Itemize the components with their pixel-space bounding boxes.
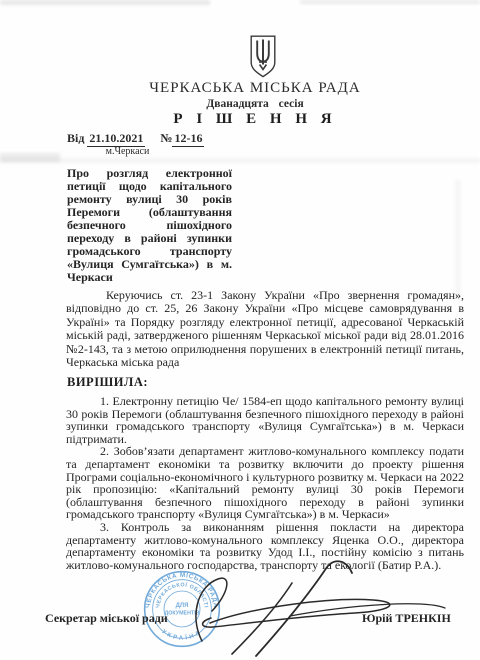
scan-noise <box>300 0 480 4</box>
city-label: м.Черкаси <box>90 146 165 157</box>
scan-noise <box>0 0 210 5</box>
scan-noise <box>455 180 461 300</box>
resolved-heading: ВИРІШИЛА: <box>67 375 148 390</box>
organization-title: ЧЕРКАСЬКА МІСЬКА РАДА <box>0 80 480 97</box>
document-type-title: Р І Ш Е Н Н Я <box>0 111 480 128</box>
ukraine-trident-coat-of-arms-icon <box>249 35 277 78</box>
handwritten-signature <box>140 545 465 660</box>
scan-noise <box>0 153 60 162</box>
subject-paragraph: Про розгляд електронної петиції щодо кап… <box>67 167 232 284</box>
session-title: Дванадцята сесія <box>0 98 480 110</box>
number-sign: № <box>160 131 172 145</box>
date-number-line: Від 21.10.2021 №12-16 <box>67 131 204 146</box>
document-number: 12-16 <box>172 131 204 147</box>
preamble-paragraph: Керуючись ст. 23-1 Закону України «Про з… <box>66 289 464 369</box>
document-page: ЧЕРКАСЬКА МІСЬКА РАДА Дванадцята сесія Р… <box>0 0 480 660</box>
resolution-item-1: 1. Електронну петицію Че/ 1584-еп щодо к… <box>66 395 464 445</box>
date-label: Від <box>67 131 84 145</box>
scan-noise <box>0 158 480 163</box>
document-date: 21.10.2021 <box>87 131 145 147</box>
resolution-item-2: 2. Зобов’язати департамент житлово-комун… <box>66 445 464 521</box>
